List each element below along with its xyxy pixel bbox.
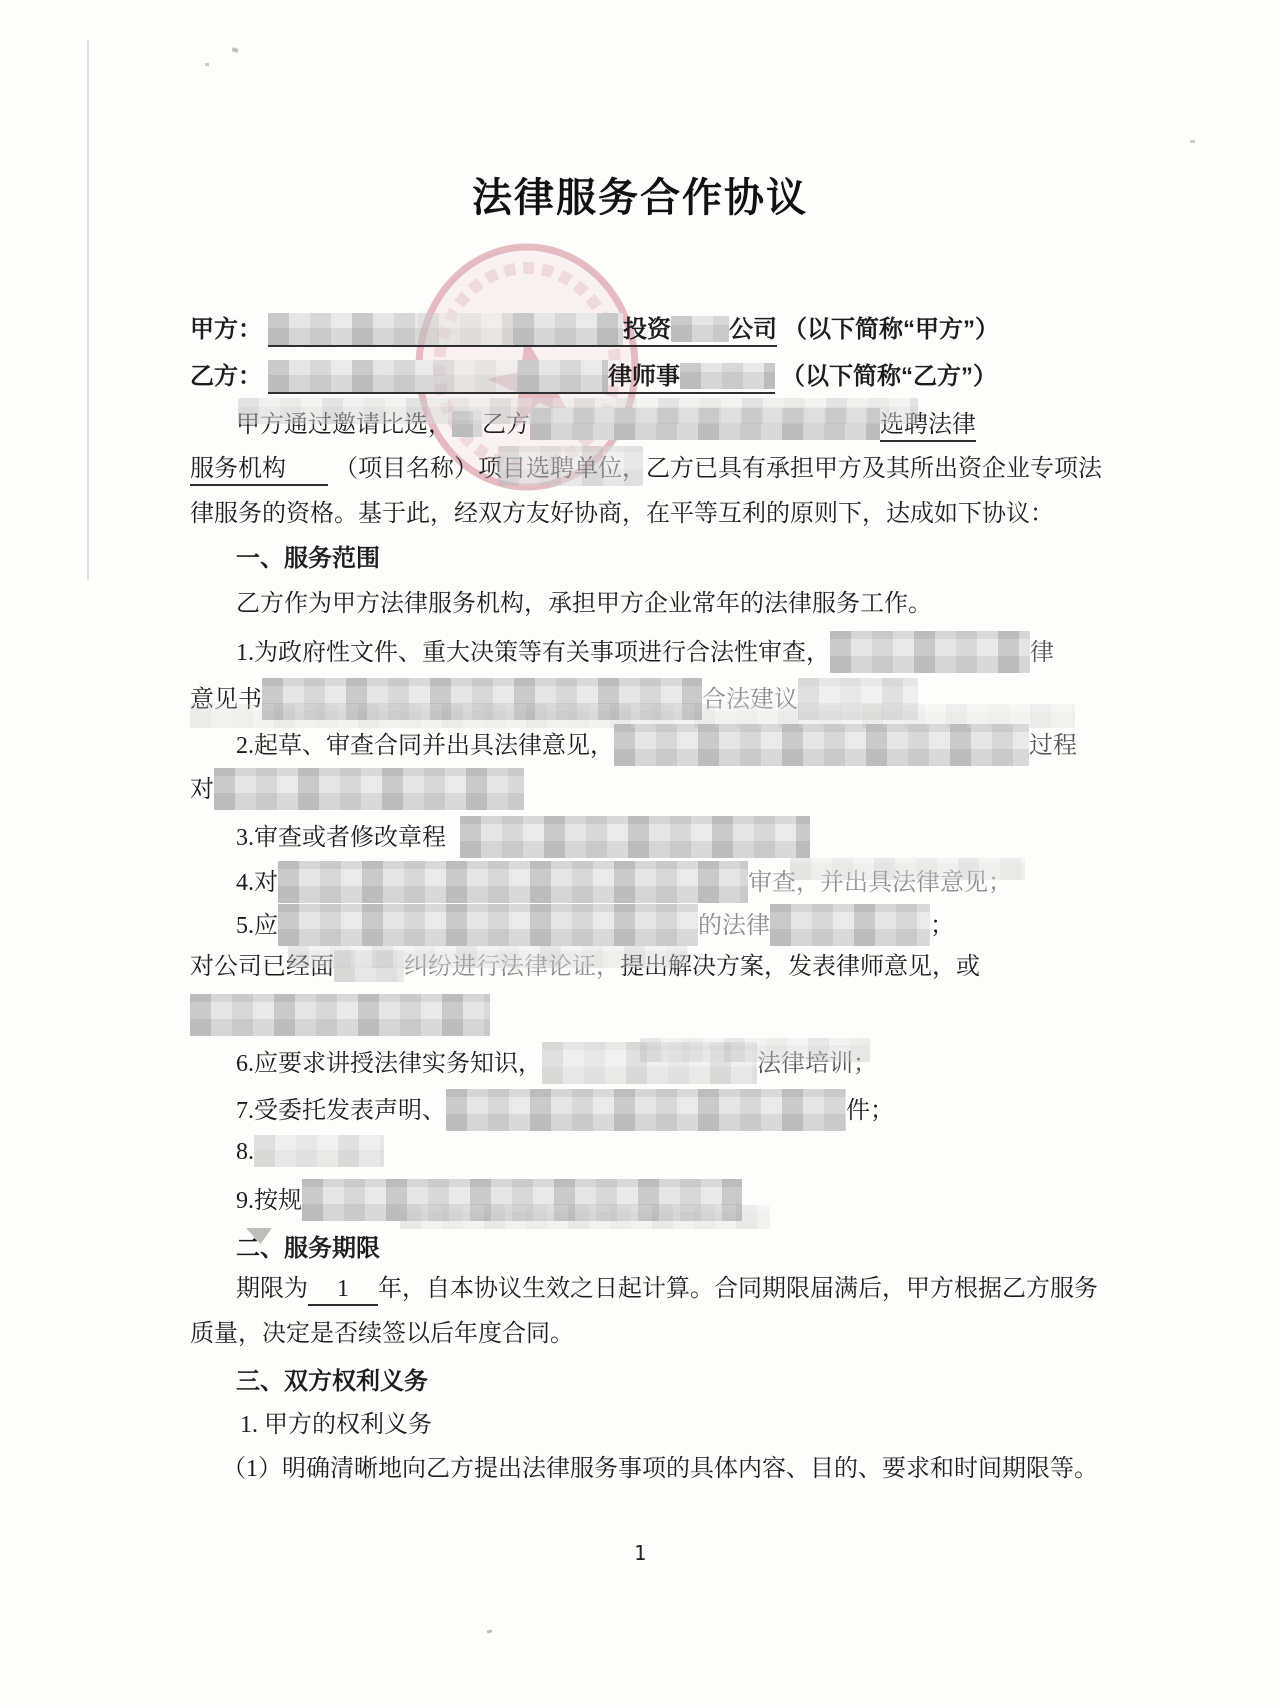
intro-text: 律服务的资格。基于此，经双方友好协商，在平等互利的原则下，达成如下协议： (190, 501, 1054, 527)
item-text: 提出解决方案，发表律师意见，或 (620, 954, 980, 980)
item-text: 3.审查或者修改章程 (236, 825, 446, 851)
redaction-block (518, 360, 608, 392)
redaction-block (268, 313, 418, 345)
item-text: 对公司已经面 (190, 954, 334, 980)
item-ghost-text: 纠纷进行法律论证， (404, 954, 620, 980)
party-jia-tail-text: （以下简称“甲方”） (783, 316, 999, 343)
redaction-block (530, 408, 880, 440)
intro-text: （项目名称）项目选聘单位，乙方已具有承担甲方及其所出资企业专项法 (334, 456, 1102, 482)
party-jia-mid-text: 投资 (623, 316, 671, 343)
party-jia-underline: 投资公司 (268, 313, 777, 347)
section1-item1-cont: 意见书合法建议 (190, 678, 918, 720)
party-jia-label: 甲方： (190, 316, 262, 343)
item-text: 9.按规 (236, 1188, 302, 1214)
item-text: ； (930, 913, 954, 939)
section2-heading: 二、服务期限 (236, 1231, 380, 1267)
item-text: 6.应要求讲授法律实务知识， (236, 1051, 542, 1077)
item-text: 5.应 (236, 913, 278, 939)
party-yi-mid-text: 律师事 (608, 363, 680, 390)
scan-edge-line (87, 40, 89, 580)
intro-text: 服务机构 (190, 456, 286, 482)
redaction-block (433, 360, 518, 392)
party-yi-line: 乙方： 律师事 （以下简称“乙方”） (190, 359, 997, 395)
item-text: 对 (190, 777, 214, 803)
redaction-block (268, 360, 433, 392)
item-text: 1.为政府性文件、重大决策等有关事项进行合法性审查， (236, 640, 830, 666)
document-page: 法律服务合作协议 甲方： 投资公司 （以下简称“甲方”） 乙方： 律师事 （以下… (0, 0, 1280, 1707)
document-title: 法律服务合作协议 (0, 172, 1280, 224)
intro-line-1: 甲方通过邀请比选，乙方选聘法律 (236, 407, 976, 443)
scan-speck (205, 63, 209, 66)
redaction-block (770, 904, 930, 946)
party-yi-underline: 律师事 (268, 360, 775, 394)
section1-item2-cont: 对 (190, 768, 524, 810)
item-text: 8. (236, 1139, 254, 1165)
item-text: 2.起草、审查合同并出具法律意见， (236, 733, 614, 759)
item-ghost-text: 审查，并出具法律意见； (748, 870, 1012, 896)
section3-item1: （1）明确清晰地向乙方提出法律服务事项的具体内容、目的、要求和时间期限等。 (222, 1451, 1098, 1487)
redaction-block (262, 678, 702, 720)
party-jia-line: 甲方： 投资公司 （以下简称“甲方”） (190, 312, 999, 348)
section1-item5: 5.应的法律； (236, 904, 954, 946)
redaction-block (190, 994, 490, 1036)
term-text: 期限为 (236, 1276, 308, 1302)
item-text: 过程 (1029, 733, 1077, 759)
section1-item3: 3.审查或者修改章程 (236, 816, 810, 858)
section1-item1: 1.为政府性文件、重大决策等有关事项进行合法性审查，律 (236, 631, 1054, 673)
section2-term-cont: 质量，决定是否续签以后年度合同。 (190, 1316, 574, 1352)
redaction-block (278, 861, 748, 903)
intro-text: 乙方 (482, 412, 530, 438)
section1-item5-cont: 对公司已经面纠纷进行法律论证，提出解决方案，发表律师意见，或 (190, 949, 980, 985)
section1-item6: 6.应要求讲授法律实务知识，法律培训； (236, 1042, 877, 1084)
section1-intro: 乙方作为甲方法律服务机构，承担甲方企业常年的法律服务工作。 (236, 586, 932, 622)
scan-speck (1190, 140, 1195, 143)
section1-item7: 7.受委托发表声明、件； (236, 1089, 894, 1131)
section2-term-line: 期限为1年，自本协议生效之日起计算。合同期限届满后，甲方根据乙方服务 (236, 1271, 1098, 1307)
section3-sub1: 1. 甲方的权利义务 (240, 1407, 432, 1443)
party-yi-label: 乙方： (190, 363, 262, 390)
redaction-block (334, 950, 404, 982)
redaction-block (798, 678, 918, 720)
redaction-block (460, 816, 810, 858)
intro-underlined-head: 服务机构 (190, 454, 328, 486)
scan-speck (231, 47, 238, 53)
redaction-block (418, 313, 513, 345)
item-text: 意见书 (190, 687, 262, 713)
redaction-block (214, 768, 524, 810)
party-yi-tail-text: （以下简称“乙方”） (781, 363, 997, 390)
section3-heading: 三、双方权利义务 (236, 1364, 428, 1400)
scan-speck (487, 1629, 493, 1633)
redaction-block (671, 316, 729, 342)
redaction-block (302, 1179, 742, 1221)
section1-heading: 一、服务范围 (236, 541, 380, 577)
section1-item9: 9.按规 (236, 1179, 742, 1221)
term-text: 年，自本协议生效之日起计算。合同期限届满后，甲方根据乙方服务 (378, 1276, 1098, 1302)
item-ghost-text: 合法建议 (702, 687, 798, 713)
party-jia-company-text: 公司 (729, 316, 777, 343)
term-duration-blank: 1 (308, 1274, 378, 1306)
redaction-block (680, 363, 775, 389)
redaction-block (446, 1089, 846, 1131)
item-text: 件； (846, 1098, 894, 1124)
item-text: 律 (1030, 640, 1054, 666)
item-text: 7.受委托发表声明、 (236, 1098, 446, 1124)
redaction-block (513, 313, 623, 345)
redaction-block (542, 1042, 757, 1084)
item-text: 法律培训； (757, 1051, 877, 1077)
section1-item5-cont2 (190, 994, 490, 1036)
redaction-block (830, 631, 1030, 673)
section1-item8: 8. (236, 1134, 384, 1170)
item-text: 4.对 (236, 870, 278, 896)
page-number: 1 (0, 1541, 1280, 1565)
redaction-block (278, 904, 698, 946)
item-ghost-text: 的法律 (698, 913, 770, 939)
redaction-block (452, 411, 482, 437)
section1-item2: 2.起草、审查合同并出具法律意见，过程 (236, 724, 1077, 766)
redaction-block (614, 724, 1029, 766)
intro-underlined-tail: 选聘法律 (880, 410, 976, 442)
intro-line-3: 律服务的资格。基于此，经双方友好协商，在平等互利的原则下，达成如下协议： (190, 496, 1054, 532)
intro-text: 甲方通过邀请比选， (236, 412, 452, 438)
redaction-block (254, 1135, 384, 1167)
section1-item4: 4.对审查，并出具法律意见； (236, 861, 1012, 903)
intro-line-2: 服务机构 （项目名称）项目选聘单位，乙方已具有承担甲方及其所出资企业专项法 (190, 451, 1102, 487)
